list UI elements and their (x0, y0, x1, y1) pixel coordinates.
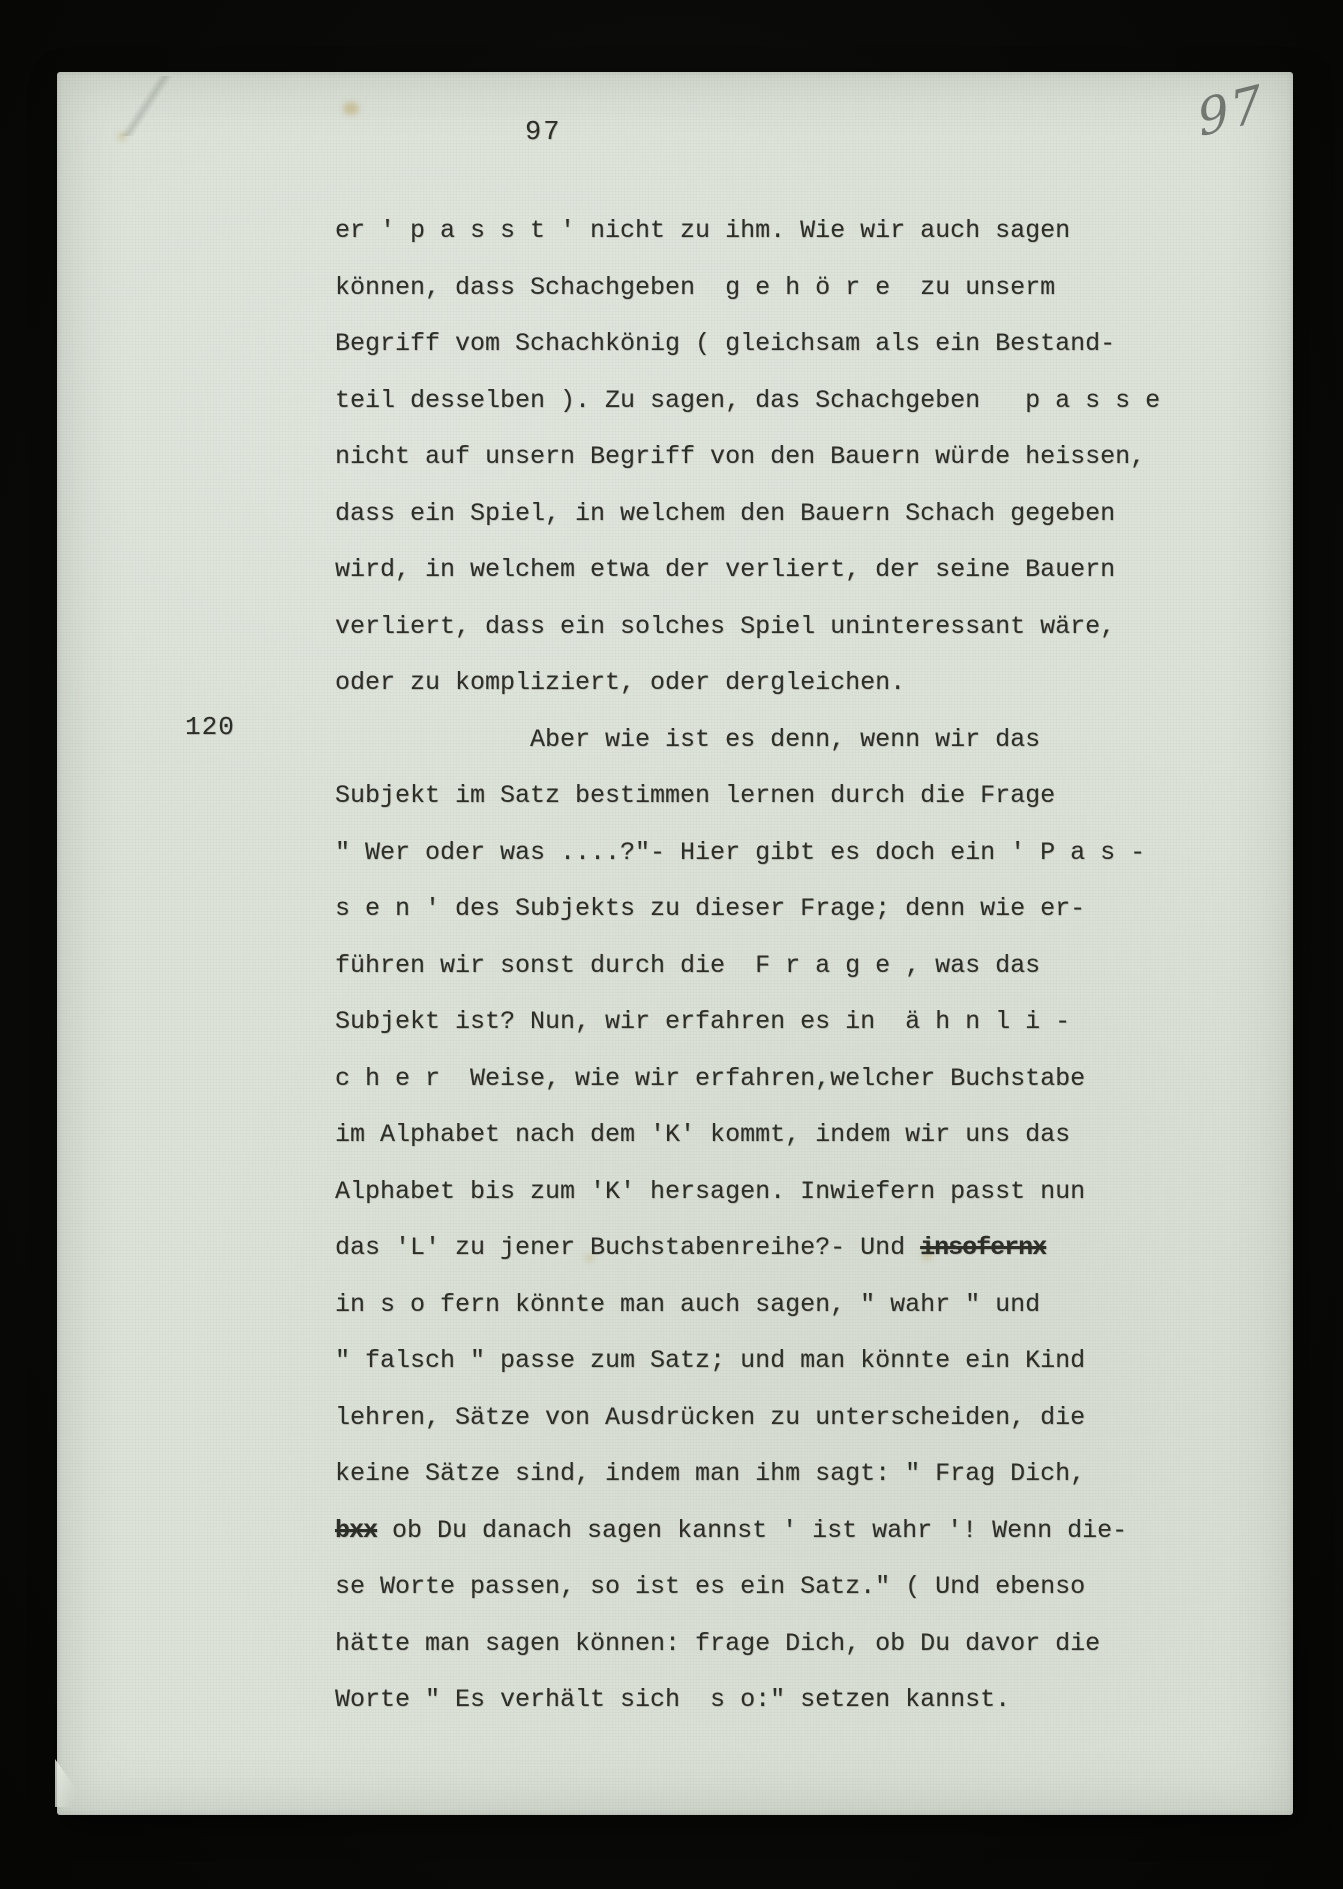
typescript-text: lehren, Sätze von Ausdrücken zu untersch… (335, 1403, 1085, 1432)
typescript-text: er ' p a s s t ' nicht zu ihm. Wie wir a… (335, 216, 1070, 245)
typescript-line: Aber wie ist es denn, wenn wir das (335, 712, 1160, 769)
typescript-line: verliert, dass ein solches Spiel uninter… (335, 599, 1160, 656)
typescript-text: " Wer oder was ....?"- Hier gibt es doch… (335, 838, 1145, 867)
typescript-text: können, dass Schachgeben g e h ö r e zu … (335, 273, 1055, 302)
typescript-line: führen wir sonst durch die F r a g e , w… (335, 938, 1160, 995)
photo-background: 97 97 120 er ' p a s s t ' nicht zu ihm.… (0, 0, 1343, 1889)
typescript-text: in s o fern könnte man auch sagen, " wah… (335, 1290, 1040, 1319)
paper-stain (343, 102, 359, 115)
document-page: 97 97 120 er ' p a s s t ' nicht zu ihm.… (57, 72, 1293, 1815)
typescript-line: Subjekt im Satz bestimmen lernen durch d… (335, 768, 1160, 825)
typescript-line: oder zu kompliziert, oder dergleichen. (335, 655, 1160, 712)
typescript-line: c h e r Weise, wie wir erfahren,welcher … (335, 1051, 1160, 1108)
typescript-line: " falsch " passe zum Satz; und man könnt… (335, 1333, 1160, 1390)
typescript-text: führen wir sonst durch die F r a g e , w… (335, 951, 1040, 980)
typescript-line: können, dass Schachgeben g e h ö r e zu … (335, 260, 1160, 317)
typescript-text: im Alphabet nach dem 'K' kommt, indem wi… (335, 1120, 1070, 1149)
typescript-text: keine Sätze sind, indem man ihm sagt: " … (335, 1459, 1085, 1488)
typescript-text: wird, in welchem etwa der verliert, der … (335, 555, 1115, 584)
typed-page-number: 97 (525, 118, 561, 148)
typescript-line: hätte man sagen können: frage Dich, ob D… (335, 1616, 1160, 1673)
typescript-text: hätte man sagen können: frage Dich, ob D… (335, 1629, 1100, 1658)
typescript-line: er ' p a s s t ' nicht zu ihm. Wie wir a… (335, 203, 1160, 260)
typescript-line: nicht auf unsern Begriff von den Bauern … (335, 429, 1160, 486)
typescript-text: teil desselben ). Zu sagen, das Schachge… (335, 386, 1160, 415)
typescript-text: Alphabet bis zum 'K' hersagen. Inwiefern… (335, 1177, 1085, 1206)
typescript-line: teil desselben ). Zu sagen, das Schachge… (335, 373, 1160, 430)
typescript-text: ob Du danach sagen kannst ' ist wahr '! … (377, 1516, 1127, 1545)
typescript-text: c h e r Weise, wie wir erfahren,welcher … (335, 1064, 1085, 1093)
typescript-text: se Worte passen, so ist es ein Satz." ( … (335, 1572, 1085, 1601)
struck-out-text: bxx (335, 1516, 377, 1545)
typescript-line: se Worte passen, so ist es ein Satz." ( … (335, 1559, 1160, 1616)
typescript-text: nicht auf unsern Begriff von den Bauern … (335, 442, 1145, 471)
typescript-line: s e n ' des Subjekts zu dieser Frage; de… (335, 881, 1160, 938)
paper-stain (117, 132, 127, 141)
margin-remark-number: 120 (185, 712, 235, 742)
typescript-line: keine Sätze sind, indem man ihm sagt: " … (335, 1446, 1160, 1503)
typescript-body: er ' p a s s t ' nicht zu ihm. Wie wir a… (335, 203, 1160, 1729)
typescript-text: Aber wie ist es denn, wenn wir das (335, 725, 1040, 754)
typescript-text: Subjekt ist? Nun, wir erfahren es in ä h… (335, 1007, 1070, 1036)
typescript-line: im Alphabet nach dem 'K' kommt, indem wi… (335, 1107, 1160, 1164)
struck-out-text: insofernx (920, 1233, 1046, 1262)
typescript-text: " falsch " passe zum Satz; und man könnt… (335, 1346, 1085, 1375)
typescript-line: Worte " Es verhält sich s o:" setzen kan… (335, 1672, 1160, 1729)
typescript-line: Subjekt ist? Nun, wir erfahren es in ä h… (335, 994, 1160, 1051)
typescript-text: dass ein Spiel, in welchem den Bauern Sc… (335, 499, 1115, 528)
typescript-line: wird, in welchem etwa der verliert, der … (335, 542, 1160, 599)
typescript-line: " Wer oder was ....?"- Hier gibt es doch… (335, 825, 1160, 882)
typescript-line: dass ein Spiel, in welchem den Bauern Sc… (335, 486, 1160, 543)
typescript-line: das 'L' zu jener Buchstabenreihe?- Und i… (335, 1220, 1160, 1277)
typescript-line: Alphabet bis zum 'K' hersagen. Inwiefern… (335, 1164, 1160, 1221)
typescript-text: Begriff vom Schachkönig ( gleichsam als … (335, 329, 1115, 358)
handwritten-page-number: 97 (1194, 74, 1268, 148)
typescript-text: Worte " Es verhält sich s o:" setzen kan… (335, 1685, 1010, 1714)
typescript-text: das 'L' zu jener Buchstabenreihe?- Und (335, 1233, 920, 1262)
typescript-line: lehren, Sätze von Ausdrücken zu untersch… (335, 1390, 1160, 1447)
typescript-text: Subjekt im Satz bestimmen lernen durch d… (335, 781, 1055, 810)
typescript-text: verliert, dass ein solches Spiel uninter… (335, 612, 1115, 641)
paper-crease (71, 76, 221, 136)
typescript-line: bxx ob Du danach sagen kannst ' ist wahr… (335, 1503, 1160, 1560)
typescript-text: s e n ' des Subjekts zu dieser Frage; de… (335, 894, 1085, 923)
paper-fold-corner (55, 1759, 89, 1807)
typescript-line: Begriff vom Schachkönig ( gleichsam als … (335, 316, 1160, 373)
typescript-text: oder zu kompliziert, oder dergleichen. (335, 668, 905, 697)
typescript-line: in s o fern könnte man auch sagen, " wah… (335, 1277, 1160, 1334)
